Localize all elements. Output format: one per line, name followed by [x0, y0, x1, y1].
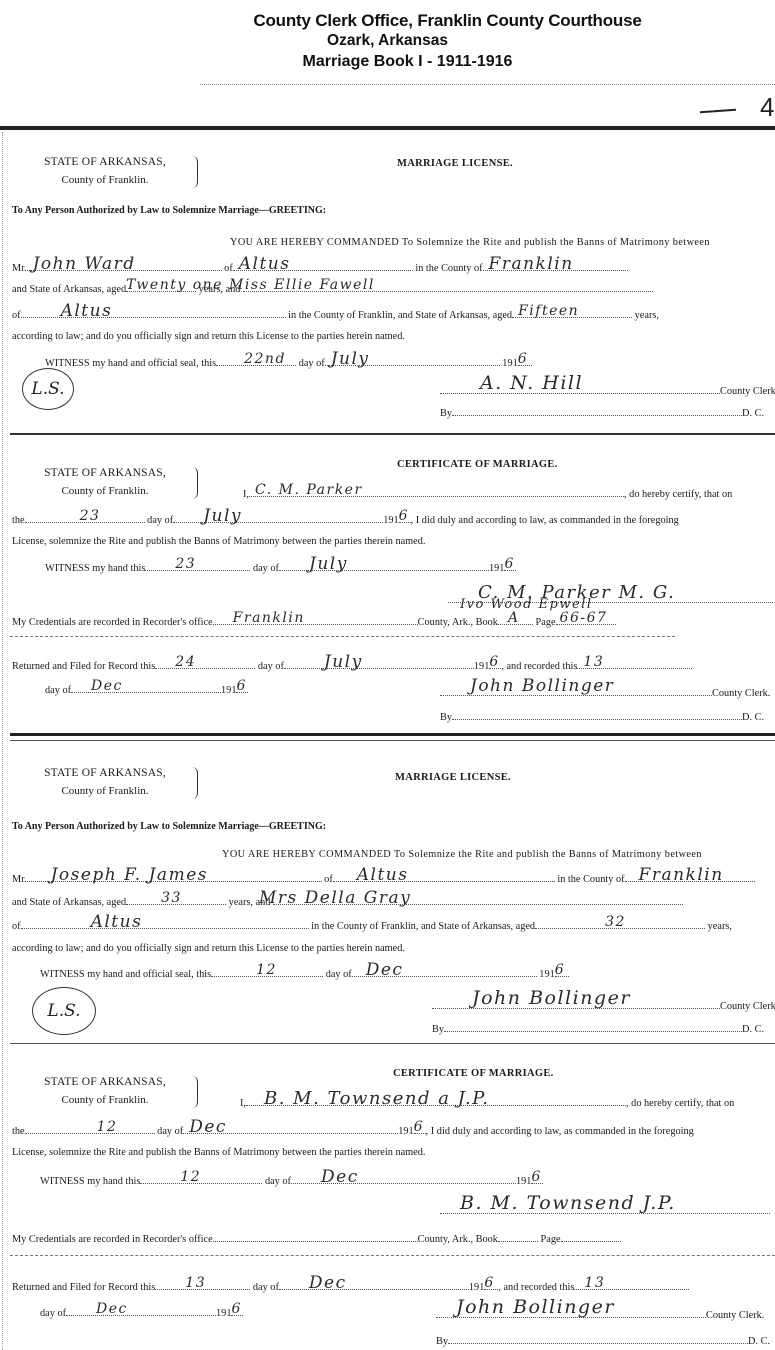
- left-border: [2, 132, 3, 1350]
- page-field: [561, 1230, 621, 1242]
- officiant-signature-line: B. M. Townsend J.P.: [440, 1202, 770, 1217]
- brace: [190, 467, 198, 499]
- top-rule: [0, 126, 775, 130]
- clerk-signature-line: John BollingerCounty Clerk.: [432, 997, 775, 1012]
- certificate-title: CERTIFICATE OF MARRIAGE.: [393, 1068, 554, 1079]
- page-field: 66-67: [556, 613, 616, 625]
- deputy-line: ByD. C.: [440, 404, 764, 419]
- witness-day-field: 22nd: [216, 354, 296, 366]
- dotted-divider: [10, 1255, 775, 1256]
- credentials-county-field: Franklin: [213, 613, 418, 625]
- page-header: County Clerk Office, Franklin County Cou…: [0, 10, 775, 72]
- brace: [190, 767, 198, 799]
- filed-line: Returned and Filed for Record this24 day…: [12, 657, 772, 674]
- groom-name-field: John Ward: [27, 259, 222, 271]
- clerk-signature-line: A. N. HillCounty Clerk.: [440, 382, 775, 397]
- cert-witness-line: WITNESS my hand this12 day ofDec1916: [40, 1172, 775, 1189]
- witness-year-field: 6: [518, 354, 532, 366]
- cert-witness-month-field: July: [279, 559, 489, 571]
- clerk-signature-field: A. N. Hill: [440, 382, 720, 394]
- officiant-line: I,B. M. Townsend a J.P., do hereby certi…: [240, 1094, 775, 1111]
- bride-age-field: Fifteen: [512, 306, 632, 318]
- cert-witness-line: WITNESS my hand this23 day ofJuly1916: [45, 559, 775, 576]
- book-field: [498, 1230, 538, 1242]
- cert-witness-day-field: 23: [145, 559, 250, 571]
- deputy-field: [452, 404, 742, 416]
- filed-month-field: Dec: [279, 1278, 469, 1290]
- bride-town-field: Altus: [21, 306, 286, 318]
- officiant-signature-field: B. M. Townsend J.P.: [440, 1202, 770, 1214]
- credentials-county-field: [213, 1230, 418, 1242]
- deputy-line: ByD. C.: [432, 1020, 764, 1035]
- state-county: STATE OF ARKANSAS, County of Franklin.: [35, 156, 175, 186]
- witness-year-field: 6: [555, 965, 569, 977]
- groom-county-field: Franklin: [483, 259, 628, 271]
- filed-line: Returned and Filed for Record this13 day…: [12, 1278, 772, 1295]
- filed-day-field: 13: [155, 1278, 250, 1290]
- book-field: A: [498, 613, 533, 625]
- groom-line: Mr.John Ward ofAltus in the County ofFra…: [12, 259, 772, 276]
- recorded-month-field: Dec: [71, 681, 221, 693]
- page-mark-dash: [700, 109, 736, 114]
- header-rule: [200, 84, 775, 85]
- cert-date-line: the12 day ofDec1916, I did duly and acco…: [12, 1122, 772, 1139]
- witness-day-field: 12: [211, 965, 323, 977]
- cert-clerk-signature-field: John Bollinger: [436, 1306, 706, 1318]
- cert-license-line: License, solemnize the Rite and publish …: [12, 1146, 772, 1160]
- witness-seal-line: WITNESS my hand and official seal, this1…: [40, 965, 775, 982]
- brace: [190, 1076, 198, 1108]
- state-county: STATE OF ARKANSAS, County of Franklin.: [35, 467, 175, 497]
- credentials-line: My Credentials are recorded in Recorder'…: [12, 613, 772, 630]
- groom-county-field: Franklin: [625, 870, 755, 882]
- recorded-month-field: Dec: [66, 1304, 216, 1316]
- cert-day-field: 23: [25, 511, 145, 523]
- groom-line: Mr.Joseph F. James ofAltus in the County…: [12, 870, 772, 887]
- state-county: STATE OF ARKANSAS, County of Franklin.: [35, 1076, 175, 1106]
- groom-age-line: and State of Arkansas, agedTwenty one ye…: [12, 280, 772, 297]
- commanded-text: YOU ARE HEREBY COMMANDED To Solemnize th…: [222, 848, 775, 862]
- divider: [10, 433, 775, 435]
- bride-age-field: 32: [535, 917, 705, 929]
- filed-day-field: 24: [155, 657, 255, 669]
- credentials-line: My Credentials are recorded in Recorder'…: [12, 1230, 772, 1247]
- filed-month-field: July: [284, 657, 474, 669]
- license-title: MARRIAGE LICENSE.: [397, 158, 513, 169]
- state-county: STATE OF ARKANSAS, County of Franklin.: [35, 767, 175, 797]
- officiant-line: I,C. M. Parker, do hereby certify, that …: [243, 485, 773, 502]
- officiant-field: C. M. Parker: [249, 485, 624, 497]
- dotted-divider: [10, 636, 675, 637]
- divider: [10, 740, 775, 741]
- according-line: according to law; and do you officially …: [12, 942, 772, 956]
- groom-town-field: Altus: [233, 259, 413, 271]
- witness-month-field: July: [325, 354, 500, 366]
- cert-clerk-signature-field: John Bollinger: [440, 684, 712, 696]
- commanded-text: YOU ARE HEREBY COMMANDED To Solemnize th…: [230, 236, 775, 250]
- bride-town-line: ofAltus in the County of Franklin, and S…: [12, 917, 772, 934]
- cert-witness-month-field: Dec: [291, 1172, 516, 1184]
- license-title: MARRIAGE LICENSE.: [395, 772, 511, 783]
- deputy-field: [444, 1020, 742, 1032]
- divider: [10, 1043, 775, 1044]
- cert-license-line: License, solemnize the Rite and publish …: [12, 535, 772, 549]
- groom-age-line: and State of Arkansas, aged33 years, and…: [12, 893, 772, 910]
- bride-town-field: Altus: [21, 917, 309, 929]
- seal-ls: L.S.: [22, 368, 74, 410]
- cert-month-field: Dec: [183, 1122, 398, 1134]
- brace: [190, 156, 198, 188]
- groom-age-field: Twenty one: [126, 280, 196, 292]
- recorded-day-field: 13: [574, 1278, 689, 1290]
- cert-clerk-signature-line: John BollingerCounty Clerk.: [440, 684, 770, 699]
- bride-town-line: ofAltus in the County of Franklin, and S…: [12, 306, 772, 323]
- seal-ls: L.S.: [32, 987, 96, 1035]
- greeting: To Any Person Authorized by Law to Solem…: [12, 204, 772, 218]
- cert-month-field: July: [173, 511, 383, 523]
- groom-name-field: Joseph F. James: [27, 870, 322, 882]
- groom-age-field: 33: [126, 893, 226, 905]
- cert-deputy-line: ByD. C.: [440, 708, 764, 723]
- cert-deputy-field: [448, 1332, 748, 1344]
- cert-deputy-line: ByD. C.: [436, 1332, 770, 1347]
- witness-seal-line: WITNESS my hand and official seal, this2…: [45, 354, 775, 371]
- according-line: according to law; and do you officially …: [12, 330, 772, 344]
- cert-day-field: 12: [25, 1122, 155, 1134]
- cert-date-line: the23 day ofJuly1916, I did duly and acc…: [12, 511, 772, 528]
- groom-town-field: Altus: [333, 870, 555, 882]
- bride-name-field: Mrs Della Gray: [273, 893, 683, 905]
- cert-deputy-field: [452, 708, 742, 720]
- page-mark: 4: [700, 92, 774, 123]
- cert-witness-day-field: 12: [140, 1172, 262, 1184]
- header-book: Marriage Book I - 1911-1916: [40, 51, 775, 72]
- clerk-signature-field: John Bollinger: [432, 997, 720, 1009]
- header-location: Ozark, Arkansas: [0, 31, 775, 51]
- header-office: County Clerk Office, Franklin County Cou…: [120, 10, 775, 31]
- divider: [10, 733, 775, 736]
- witness-month-field: Dec: [352, 965, 537, 977]
- cert-clerk-signature-line: John BollingerCounty Clerk.: [436, 1306, 764, 1321]
- certificate-title: CERTIFICATE OF MARRIAGE.: [397, 459, 558, 470]
- recorded-day-field: 13: [577, 657, 692, 669]
- bride-name-field: Miss Ellie Fawell: [243, 280, 653, 292]
- greeting: To Any Person Authorized by Law to Solem…: [12, 820, 772, 834]
- officiant-field: B. M. Townsend a J.P.: [246, 1094, 626, 1106]
